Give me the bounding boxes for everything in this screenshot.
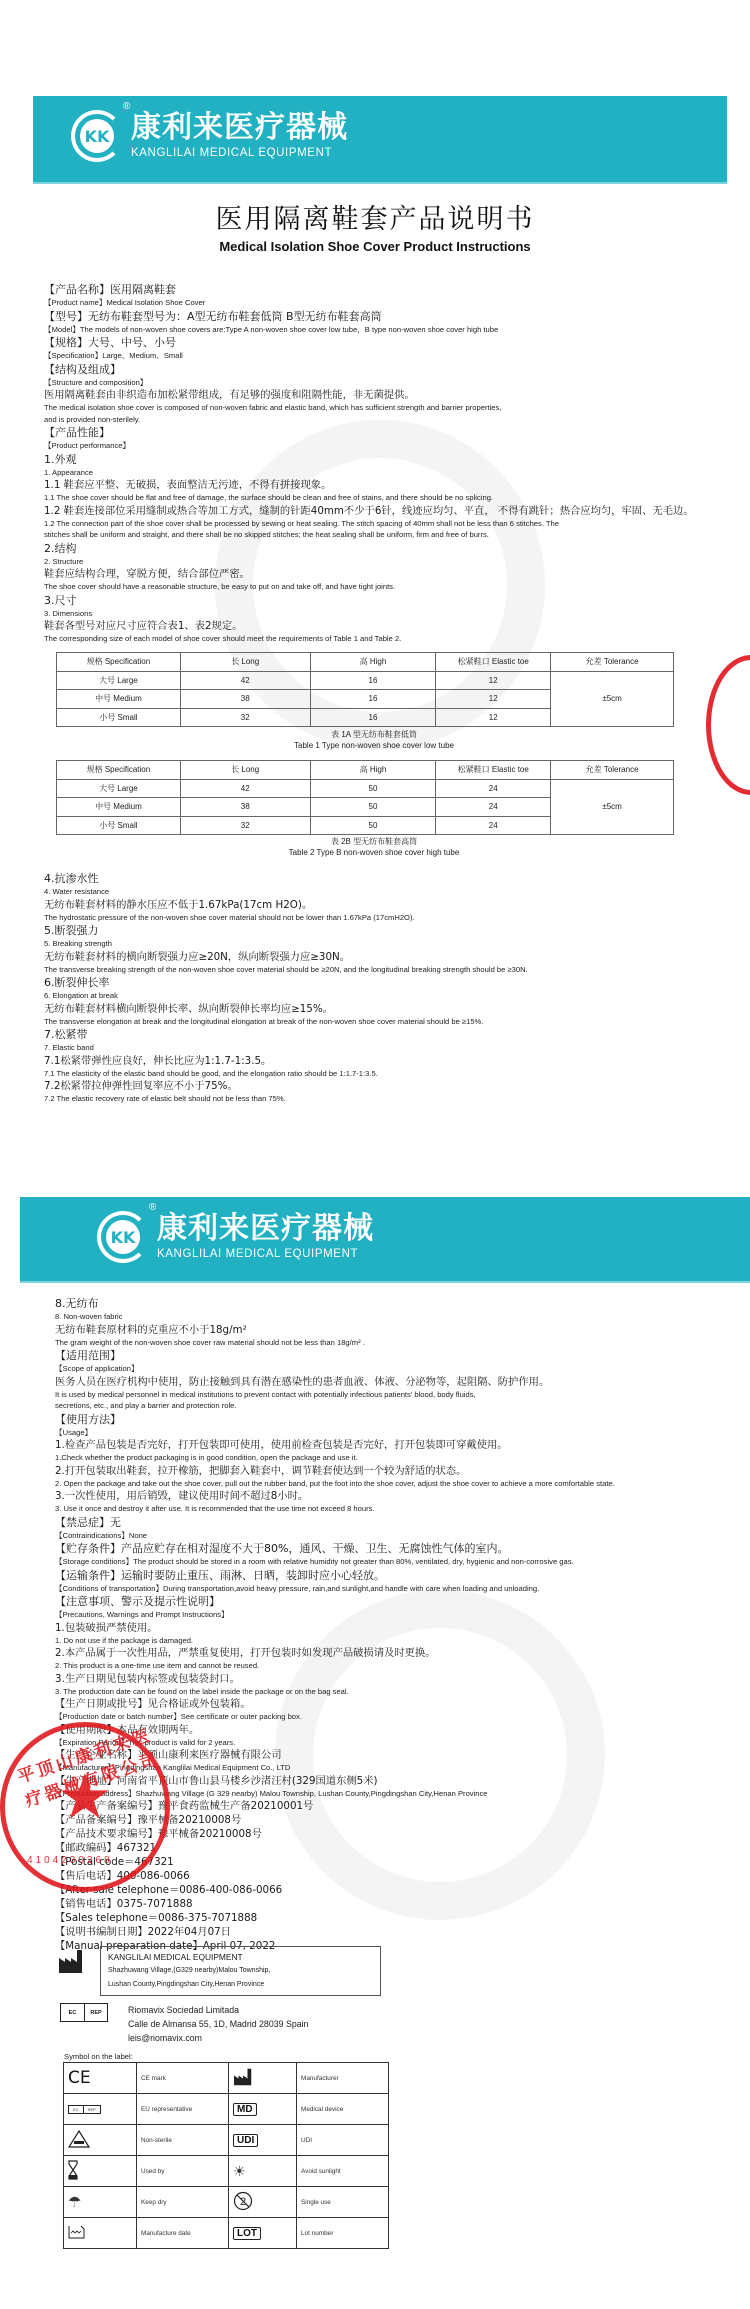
text-line-en: stitches shall be uniform and straight, … [44, 529, 704, 541]
page-title-cn: 医用隔离鞋套产品说明书 [0, 197, 750, 236]
text-line-cn: 【销售电话】0375-7071888 [55, 1897, 715, 1911]
brand-banner-top: KK ® 康利来医疗器械 KANGLILAI MEDICAL EQUIPMENT [33, 96, 727, 184]
text-line-cn: 8.无纺布 [55, 1296, 715, 1311]
ec-rep-icon: EC REP [60, 2003, 108, 2022]
text-line-cn: 【型号】无纺布鞋套型号为：A型无纺布鞋套低筒 B型无纺布鞋套高筒 [44, 309, 704, 324]
symbols-title: Symbol on the label: [64, 2052, 133, 2061]
size-table-2: 规格 Specification 长 Long 高 High 松紧鞋口 Elas… [56, 760, 674, 835]
table2-caption-en: Table 2 Type B non-woven shoe cover high… [44, 848, 704, 859]
text-line-en: The transverse breaking strength of the … [44, 964, 704, 976]
text-line-en: 【Storage conditions】The product should b… [55, 1556, 715, 1568]
manufacturer-icon [233, 2068, 253, 2086]
text-line-en: 3. Use it once and destroy it after use.… [55, 1503, 715, 1515]
text-line-cn: 3.尺寸 [44, 593, 704, 608]
text-line-en: The transverse elongation at break and t… [44, 1016, 704, 1028]
text-line-cn: 7.1松紧带弹性应良好，伸长比应为1:1.7-1:3.5。 [44, 1054, 704, 1068]
manufacturer-block: KANGLILAI MEDICAL EQUIPMENT Shazhuwang V… [58, 1946, 381, 1996]
symbols-table: CE CE mark Manufacturer ECREP EU represe… [63, 2062, 389, 2249]
text-line-en: The corresponding size of each model of … [44, 633, 704, 645]
text-line-en: 1.1 The shoe cover should be flat and fr… [44, 492, 704, 504]
table2-caption-cn: 表 2B 型无纺布鞋套高筒 [44, 837, 704, 848]
ec-rep-block: EC REP Riomavix Sociedad Limitada Calle … [60, 2003, 308, 2045]
table-row: ☂ Keep dry 2 Single use [64, 2187, 389, 2218]
text-line-en: and is provided non-sterilely. [44, 414, 704, 426]
text-line-en: 【Structure and composition】 [44, 377, 704, 389]
manufacturer-box: KANGLILAI MEDICAL EQUIPMENT Shazhuwang V… [100, 1946, 381, 1996]
text-line-en: 【Usage】 [55, 1427, 715, 1439]
product-info-section: 【产品名称】医用隔离鞋套【Product name】Medical Isolat… [44, 282, 704, 645]
kk-logo-icon: KK [71, 110, 123, 162]
svg-text:2: 2 [240, 2196, 246, 2208]
text-line-cn: 2.打开包装取出鞋套，拉开橡筋，把脚套入鞋套中，调节鞋套使达到一个较为舒适的状态… [55, 1464, 715, 1478]
text-line-en: 【Precautions, Warnings and Prompt Instru… [55, 1609, 715, 1621]
text-line-en: 【Conditions of transportation】During tra… [55, 1583, 715, 1595]
text-line-cn: 1.包装破损严禁使用。 [55, 1621, 715, 1635]
single-use-icon: 2 [233, 2191, 253, 2211]
text-line-en: 1. Do not use if the package is damaged. [55, 1635, 715, 1647]
text-line-cn: 无纺布鞋套原材料的克重应不小于18g/m² [55, 1323, 715, 1337]
brand-name-cn: 康利来医疗器械 [157, 1212, 374, 1246]
lot-icon: LOT [233, 2227, 261, 2240]
ce-mark-icon: CE [68, 2068, 91, 2088]
red-seal-partial [706, 655, 750, 795]
text-line-cn: 1.外观 [44, 452, 704, 467]
brand-banner-second: KK ® 康利来医疗器械 KANGLILAI MEDICAL EQUIPMENT [20, 1197, 750, 1283]
company-seal-stamp: 平顶山康利来医疗器械有限公司 ★ 4104230268 [0, 1722, 170, 1892]
table-row: ECREP EU representative MD Medical devic… [64, 2094, 389, 2125]
text-line-en: 2. Structure [44, 556, 704, 568]
table-row: Non-sterile UDI UDI [64, 2125, 389, 2156]
text-line-en: 【Contraindications】None [55, 1530, 715, 1542]
text-line-cn: 【运输条件】运输时要防止重压、雨淋、日晒，装卸时应小心轻放。 [55, 1568, 715, 1583]
hourglass-icon [68, 2160, 78, 2180]
text-line-cn: 2.本产品属于一次性用品，严禁重复使用，打开包装时如发现产品破损请及时更换。 [55, 1646, 715, 1660]
text-line-cn: 医用隔离鞋套由非织造布加松紧带组成，有足够的强度和阻隔性能，非无菌提供。 [44, 388, 704, 402]
text-line-en: 【Scope of application】 [55, 1363, 715, 1375]
text-line-en: secretions, etc., and play a barrier and… [55, 1400, 715, 1412]
text-line-en: 【Production date or batch number】See cer… [55, 1711, 715, 1723]
keep-dry-icon: ☂ [68, 2194, 81, 2211]
text-line-en: 【Model】The models of non-woven shoe cove… [44, 324, 704, 336]
registered-mark: ® [149, 1202, 156, 1213]
text-line-en: The medical isolation shoe cover is comp… [44, 402, 704, 414]
table-row: Manufacture date LOT Lot number [64, 2218, 389, 2249]
text-line-en: 7. Elastic band [44, 1042, 704, 1054]
text-line-en: 2. Open the package and take out the sho… [55, 1478, 715, 1490]
text-line-cn: 鞋套应结构合理，穿脱方便，结合部位严密。 [44, 567, 704, 581]
text-line-cn: 【使用方法】 [55, 1412, 715, 1427]
text-line-cn: 【注意事项、警示及提示性说明】 [55, 1594, 715, 1609]
text-line-cn: 1.检查产品包装是否完好，打开包装即可使用，使用前检查包装是否完好，打开包装即可… [55, 1438, 715, 1452]
kk-logo-icon: KK [97, 1211, 149, 1263]
text-line-cn: 【禁忌症】无 [55, 1515, 715, 1530]
text-line-en: The shoe cover should have a reasonable … [44, 581, 704, 593]
text-line-cn: 无纺布鞋套材料的横向断裂强力应≥20N，纵向断裂强力应≥30N。 [44, 950, 704, 964]
text-line-en: 3. The production date can be found on t… [55, 1686, 715, 1698]
avoid-sunlight-icon: ☀ [233, 2163, 246, 2179]
brand-name-en: KANGLILAI MEDICAL EQUIPMENT [157, 1246, 374, 1262]
text-line-cn: 3.一次性使用，用后销毁，建议使用时间不超过8小时。 [55, 1489, 715, 1503]
brand-logo: KK ® 康利来医疗器械 KANGLILAI MEDICAL EQUIPMENT [97, 1211, 374, 1263]
text-line-cn: 7.2松紧带拉伸弹性回复率应不小于75%。 [44, 1079, 704, 1093]
size-table-1: 规格 Specification 长 Long 高 High 松紧鞋口 Elas… [56, 652, 674, 727]
factory-icon [58, 1948, 84, 1974]
text-line-cn: 3.生产日期见包装内标签或包装袋封口。 [55, 1672, 715, 1686]
registered-mark: ® [123, 101, 130, 112]
text-line-en: 4. Water resistance [44, 886, 704, 898]
md-icon: MD [233, 2103, 257, 2116]
text-line-cn: 医务人员在医疗机构中使用，防止接触到具有潜在感染性的患者血液、体液、分泌物等，起… [55, 1375, 715, 1389]
ec-rep-email: leis@riomavix.com [128, 2031, 308, 2045]
table1-caption-en: Table 1 Type non-woven shoe cover low tu… [44, 741, 704, 752]
text-line-cn: 【结构及组成】 [44, 362, 704, 377]
ec-rep-icon: ECREP [68, 2105, 101, 2114]
text-line-cn: 7.松紧带 [44, 1027, 704, 1042]
text-line-en: 6. Elongation at break [44, 990, 704, 1002]
size-tables: 规格 Specification 长 Long 高 High 松紧鞋口 Elas… [44, 652, 704, 858]
text-line-en: 7.2 The elastic recovery rate of elastic… [44, 1093, 704, 1105]
text-line-cn: 【产品名称】医用隔离鞋套 [44, 282, 704, 297]
ec-rep-name: Riomavix Sociedad Limitada [128, 2003, 308, 2017]
text-line-en: 【Specification】Large、Medium、Small [44, 350, 704, 362]
text-line-en: 1.Check whether the product packaging is… [55, 1452, 715, 1464]
table-row: CE CE mark Manufacturer [64, 2063, 389, 2094]
text-line-cn: 4.抗渗水性 [44, 871, 704, 886]
text-line-en: 1. Appearance [44, 467, 704, 479]
text-line-cn: 2.结构 [44, 541, 704, 556]
page-title-en: Medical Isolation Shoe Cover Product Ins… [0, 239, 750, 254]
text-line-cn: 【适用范围】 [55, 1348, 715, 1363]
text-line-cn: 无纺布鞋套材料横向断裂伸长率、纵向断裂伸长率均应≥15%。 [44, 1002, 704, 1016]
text-line-cn: 【贮存条件】产品应贮存在相对湿度不大于80%，通风、干燥、卫生、无腐蚀性气体的室… [55, 1541, 715, 1556]
text-line-cn: 【Postal code＝467321 [55, 1855, 715, 1869]
text-line-en: The gram weight of the non-woven shoe co… [55, 1337, 715, 1349]
brand-name-cn: 康利来医疗器械 [131, 111, 348, 145]
performance-section: 4.抗渗水性4. Water resistance无纺布鞋套材料的静水压应不低于… [44, 871, 704, 1105]
ec-rep-address: Calle de Almansa 55, 1D, Madrid 28039 Sp… [128, 2017, 308, 2031]
text-line-en: 8. Non-woven fabric [55, 1311, 715, 1323]
udi-icon: UDI [233, 2134, 258, 2147]
text-line-cn: 【生产日期或批号】见合格证或外包装箱。 [55, 1697, 715, 1711]
text-line-en: It is used by medical personnel in medic… [55, 1389, 715, 1401]
text-line-en: The hydrostatic pressure of the non-wove… [44, 912, 704, 924]
brand-name-en: KANGLILAI MEDICAL EQUIPMENT [131, 145, 348, 161]
manufacture-date-icon [68, 2225, 86, 2239]
non-sterile-icon [68, 2130, 90, 2148]
text-line-cn: 6.断裂伸长率 [44, 975, 704, 990]
text-line-en: 5. Breaking strength [44, 938, 704, 950]
text-line-en: 2. This product is a one-time use item a… [55, 1660, 715, 1672]
text-line-en: 7.1 The elasticity of the elastic band s… [44, 1068, 704, 1080]
text-line-cn: 1.2 鞋套连接部位采用缝制或热合等加工方式，缝制的针距40mm不少于6针，线迹… [44, 504, 704, 518]
text-line-cn: 1.1 鞋套应平整、无破损，表面整洁无污迹，不得有拼接现象。 [44, 478, 704, 492]
table1-caption-cn: 表 1A 型无纺布鞋套低筒 [44, 730, 704, 741]
text-line-cn: 鞋套各型号对应尺寸应符合表1、表2规定。 [44, 619, 704, 633]
text-line-en: 【Product name】Medical Isolation Shoe Cov… [44, 297, 704, 309]
text-line-cn: 【规格】大号、中号、小号 [44, 335, 704, 350]
text-line-cn: 【Sales telephone＝0086-375-7071888 [55, 1911, 715, 1925]
text-line-cn: 5.断裂强力 [44, 923, 704, 938]
text-line-en: 1.2 The connection part of the shoe cove… [44, 518, 704, 530]
text-line-cn: 【售后电话】400-086-0066 [55, 1869, 715, 1883]
text-line-en: 3. Dimensions [44, 608, 704, 620]
text-line-cn: 【说明书编制日期】2022年04月07日 [55, 1925, 715, 1939]
text-line-cn: 无纺布鞋套材料的静水压应不低于1.67kPa(17cm H2O)。 [44, 898, 704, 912]
text-line-cn: 【产品性能】 [44, 425, 704, 440]
text-line-en: 【Product performance】 [44, 440, 704, 452]
table-row: Used by ☀ Avoid sunlight [64, 2156, 389, 2187]
star-icon: ★ [57, 1767, 113, 1829]
brand-logo: KK ® 康利来医疗器械 KANGLILAI MEDICAL EQUIPMENT [71, 110, 348, 162]
text-line-cn: 【After-sale telephone＝0086-400-086-0066 [55, 1883, 715, 1897]
